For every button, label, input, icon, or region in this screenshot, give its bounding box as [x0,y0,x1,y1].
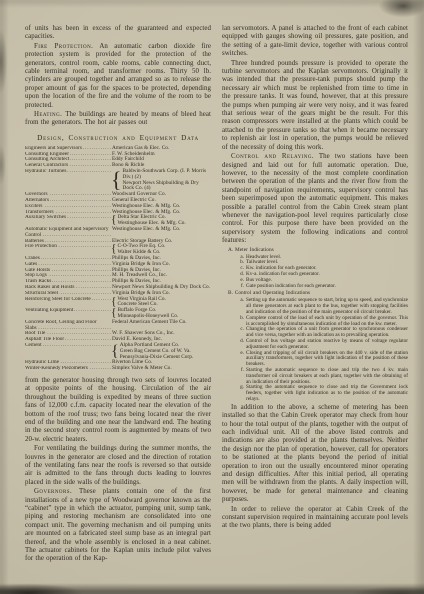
equipment-table-row: Automatic Equipment and Supervisory Cont… [25,227,211,239]
equipment-label: Reinforcing Steel for Concrete [25,297,111,303]
control-relaying-heading: Control and Relaying. [231,153,314,160]
list-item: e. Closing and tripping of oil circuit b… [236,351,408,368]
list-item-text: Starting the automatic sequence to close… [246,385,408,402]
equipment-value-text: Federal American Cement Tile Co. [112,320,211,326]
list-item-text: Setting up the automatic sequence to sta… [246,298,408,315]
equipment-label: Winter-Kennedy Piezometers [25,366,111,372]
meter-indications-list: a. Headwater level. b. Tailwater level. … [236,255,408,290]
equipment-label: Automatic Equipment and Supervisory Cont… [25,227,111,239]
pool-levels-paragraph: In order to relieve the operator at Cabi… [222,506,408,531]
list-item-letter: g. [236,385,244,402]
list-b-title: B. Control and Operating Indications [228,290,408,296]
list-item-text: Closing and tripping of oil circuit brea… [246,351,408,368]
equipment-label: Concrete Roof, Ceiling and Floor Slabs [25,320,111,332]
equipment-table-row: Winter-Kennedy Piezometers Simplex Valve… [25,366,211,372]
brace: { [111,309,117,319]
right-column: lan servomotors. A panel is attached to … [222,25,408,565]
list-item: f. Starting the automatic sequence to cl… [236,368,408,385]
equipment-value: {Alpha Portland Cement Co. Green Bag Cem… [111,343,211,360]
control-indications-list: a. Setting up the automatic sequence to … [236,298,408,402]
list-item-text: Gate position indication for each genera… [246,284,408,290]
brace: { [111,298,117,308]
brace: { [111,171,122,190]
list-item-letter: f. [236,368,244,385]
fire-protection-heading: Fire Protection. [34,43,93,50]
equipment-label: Ventilating Equipment [25,308,111,314]
list-item-text: Starting the automatic sequence to close… [246,368,408,385]
equipment-table-title: Design, Construction and Equipment Data [25,134,211,142]
brace: { [111,216,117,226]
fire-protection-body: An automatic carbon dioxide fire protect… [25,43,211,109]
equipment-label: Fire Protection [25,244,111,250]
control-relaying-body: The two stations have been designed and … [222,153,408,244]
equipment-table-row: Hydraulic Turbines {Baldwin-Southwark Co… [25,169,211,192]
text-block: of units has been in excess of the guara… [25,25,407,565]
list-item: a. Setting up the automatic sequence to … [236,298,408,315]
equipment-value-text: Alpha Portland Cement Co. Green Bag Ceme… [120,343,211,360]
equipment-label: Auxiliary Switches [25,215,111,221]
heating-paragraph: Heating. The buildings are heated by mea… [25,111,211,128]
list-item-letter: d. [236,339,244,351]
servomotors-paragraph: lan servomotors. A panel is attached to … [222,25,408,59]
heating-heading: Heating. [34,111,62,118]
equipment-table-row: Cement {Alpha Portland Cement Co. Green … [25,343,211,360]
metering-paragraph: In addition to the above, a scheme of me… [222,404,408,505]
list-a-title: A. Meter Indications [228,247,408,253]
control-relaying-paragraph: Control and Relaying. The two stations h… [222,153,408,245]
equipment-value: Westinghouse Elec. & Mfg. Co. [111,227,211,233]
list-item-text: Control of bus voltage and station react… [246,339,408,351]
brace: { [111,345,119,359]
equipment-label: Hydraulic Turbines [25,169,111,175]
equipment-value: Simplex Valve & Meter Co. [111,366,211,372]
list-item: d. Control of bus voltage and station re… [236,339,408,351]
equipment-value-text: Westinghouse Elec. & Mfg. Co. [112,227,211,233]
governors-heading: Governors. [34,488,72,495]
ventilation-paragraph-1: from the generator housing through two s… [25,377,211,444]
ventilation-paragraph-2: For ventilating the buildings during the… [25,445,211,487]
left-column: of units has been in excess of the guara… [25,25,211,565]
list-item-letter: f. [236,284,244,290]
pressure-paragraph: Three hundred pounds pressure is provide… [222,60,408,152]
fire-protection-paragraph: Fire Protection. An automatic carbon dio… [25,43,211,110]
equipment-value-text: Baldwin-Southwark Corp. (I. P. Morris Di… [123,169,211,192]
equipment-label: Cement [25,343,111,349]
list-item: g. Starting the automatic sequence to cl… [236,385,408,402]
equipment-value-text: Simplex Valve & Meter Co. [112,366,211,372]
list-item-letter: e. [236,351,244,368]
equipment-value: {Baldwin-Southwark Corp. (I. P. Morris D… [111,169,211,192]
intro-paragraph: of units has been in excess of the guara… [25,25,211,42]
equipment-table: Engineers and Supervisors American Gas &… [25,146,211,372]
scanned-page: of units has been in excess of the guara… [0,0,424,594]
brace: { [111,245,117,255]
equipment-value: Federal American Cement Tile Co. [111,320,211,326]
list-item-letter: a. [236,298,244,315]
list-item: f. Gate position indication for each gen… [236,284,408,290]
governors-body: These plants contain one of the first in… [25,488,211,562]
governors-paragraph: Governors. These plants contain one of t… [25,488,211,564]
